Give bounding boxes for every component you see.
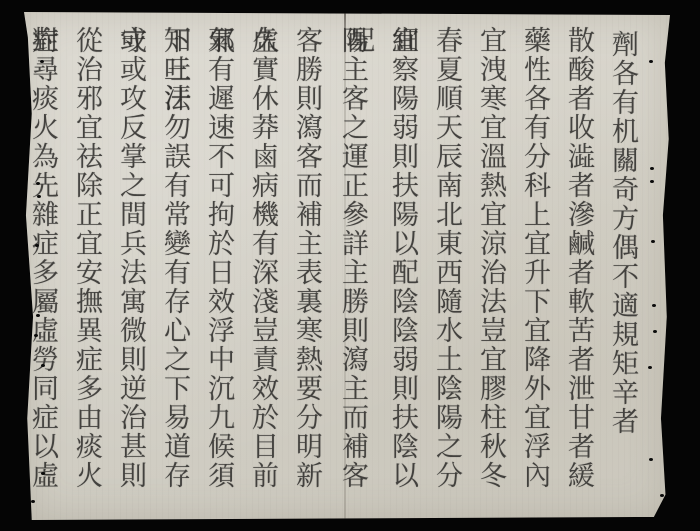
binding-hole [36, 314, 40, 317]
text-columns: 劑各有机關奇方偶不適規矩辛者 散酸者收澁者滲鹹者軟苦者泄甘者緩 藥性各有分科上宜… [20, 26, 644, 516]
text-column-10: 氣有遲速不可拘於日效浮中沉九候須知吐汗 [196, 26, 240, 516]
text-column-7: 陽主客之運正參詳主勝則瀉主而補客 [330, 26, 374, 516]
binding-hole [648, 366, 652, 369]
binding-hole [36, 182, 40, 185]
text-column-14: 症尋痰火為先雜症多屬虛勞同症以虛 [20, 26, 64, 516]
photo-stage: 劑各有机關奇方偶不適規矩辛者 散酸者收澁者滲鹹者軟苦者泄甘者緩 藥性各有分科上宜… [0, 0, 700, 531]
binding-hole [41, 472, 45, 475]
text-column-13: 從治邪宜祛除正宜安撫異症多由痰火對 [64, 26, 108, 516]
text-column-1: 劑各有机關奇方偶不適規矩辛者 [600, 26, 644, 520]
text-column-2: 散酸者收澁者滲鹹者軟苦者泄甘者緩 [556, 26, 600, 516]
binding-hole [35, 244, 39, 247]
binding-hole [652, 304, 656, 307]
text-column-3: 藥性各有分科上宜升下宜降外宜浮內 [512, 26, 556, 516]
text-column-8: 客勝則瀉客而補主表裏寒熱要分明新久 [284, 26, 328, 516]
text-column-4: 宜洩寒宜溫熱宜涼治法豈宜膠柱秋冬 [468, 26, 512, 516]
binding-hole [653, 330, 657, 333]
binding-hole [660, 494, 664, 497]
binding-hole [31, 500, 35, 503]
binding-hole [649, 60, 653, 63]
text-column-12: 守或攻反掌之間兵法寓微則逆治甚則 [108, 26, 152, 516]
binding-hole [37, 195, 41, 198]
binding-hole [40, 60, 44, 63]
binding-hole [651, 240, 655, 243]
manuscript-page: 劑各有机關奇方偶不適規矩辛者 散酸者收澁者滲鹹者軟苦者泄甘者緩 藥性各有分科上宜… [24, 12, 670, 520]
text-column-6: 細察陽弱則扶陽以配陰陰弱則扶陰以配 [380, 26, 424, 516]
text-column-9: 虛實休莽鹵病機有深淺豈責效於目前邪 [240, 26, 284, 516]
binding-hole [650, 180, 654, 183]
text-column-11: 下三法勿誤有常變有存心之下易道存或 [152, 26, 196, 516]
binding-hole [34, 334, 38, 337]
binding-hole [650, 167, 654, 170]
binding-hole [649, 458, 653, 461]
text-column-5: 春夏順天辰南北東西隨水土陰陽之分宜 [424, 26, 468, 516]
binding-hole [41, 364, 45, 367]
